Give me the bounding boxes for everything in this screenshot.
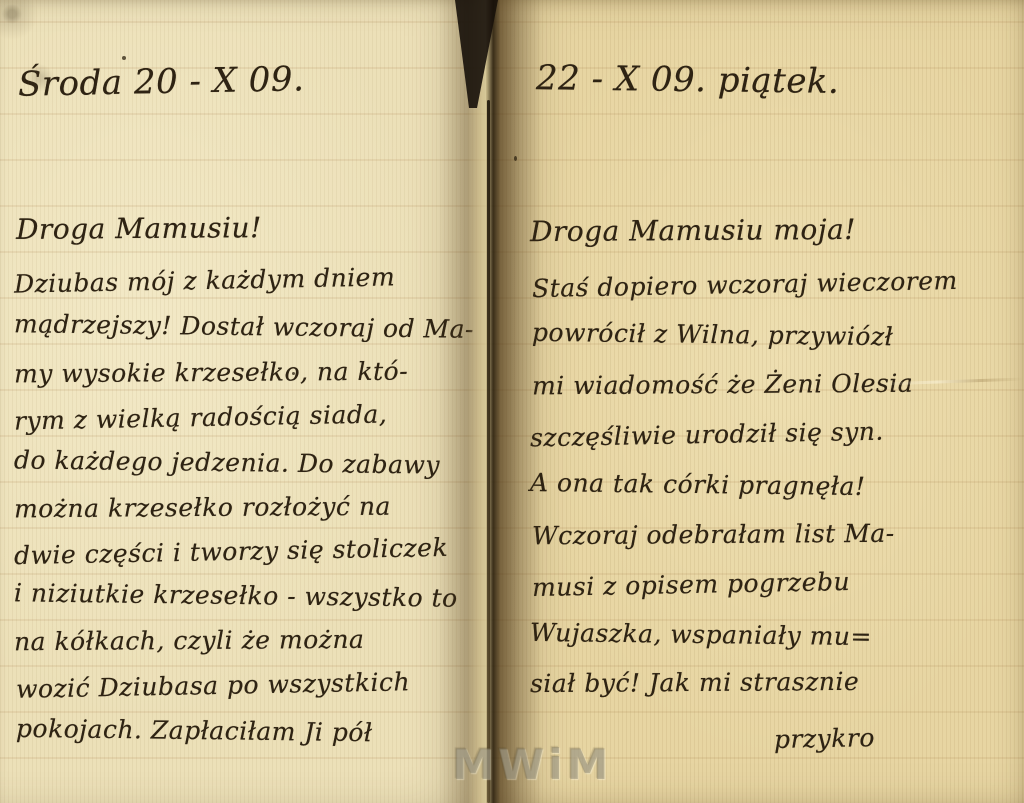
- handwritten-line: powrócił z Wilna, przywiózł: [532, 318, 894, 351]
- notebook-scan: Środa 20 - X 09. Droga Mamusiu! Dziubas …: [0, 0, 1024, 803]
- handwritten-line: rym z wielką radością siada,: [14, 399, 388, 435]
- handwritten-line: dwie części i tworzy się stoliczek: [14, 533, 449, 570]
- handwritten-line: i niziutkie krzesełko - wszystko to: [14, 578, 458, 612]
- handwritten-line: siał być! Jak mi strasznie: [530, 667, 859, 698]
- handwritten-line: wozić Dziubasa po wszystkich: [16, 667, 411, 704]
- handwritten-line: przykro: [774, 723, 875, 754]
- left-page: Środa 20 - X 09. Droga Mamusiu! Dziubas …: [0, 0, 486, 803]
- right-page-date-heading: 22 - X 09. piątek.: [536, 58, 840, 102]
- handwritten-line: musi z opisem pogrzebu: [532, 567, 851, 602]
- left-page-salutation: Droga Mamusiu!: [16, 211, 262, 246]
- handwritten-line: A ona tak córki pragnęła!: [530, 468, 866, 501]
- handwritten-line: Wczoraj odebrałam list Ma-: [532, 519, 895, 551]
- right-page: 22 - X 09. piątek. Droga Mamusiu moja! S…: [486, 0, 1024, 803]
- right-page-salutation: Droga Mamusiu moja!: [530, 213, 856, 248]
- handwritten-line: do każdego jedzenia. Do zabawy: [14, 445, 440, 479]
- handwritten-line: my wysokie krzesełko, na któ-: [14, 357, 408, 389]
- handwritten-line: Staś dopiero wczoraj wieczorem: [532, 266, 958, 303]
- handwritten-line: Dziubas mój z każdym dniem: [14, 262, 396, 298]
- handwritten-line: szczęśliwie urodził się syn.: [530, 417, 884, 453]
- left-page-date-heading: Środa 20 - X 09.: [18, 59, 305, 104]
- handwritten-line: mi wiadomość że Żeni Olesia: [532, 369, 913, 401]
- handwritten-line: można krzesełko rozłożyć na: [14, 492, 391, 524]
- handwritten-line: mądrzejszy! Dostał wczoraj od Ma-: [14, 309, 474, 344]
- handwritten-line: Wujaszka, wspaniały mu=: [530, 618, 872, 651]
- mwim-watermark: MWiM: [452, 740, 612, 789]
- handwritten-line: pokojach. Zapłaciłam Ji pół: [16, 714, 373, 747]
- handwritten-line: na kółkach, czyli że można: [14, 625, 365, 656]
